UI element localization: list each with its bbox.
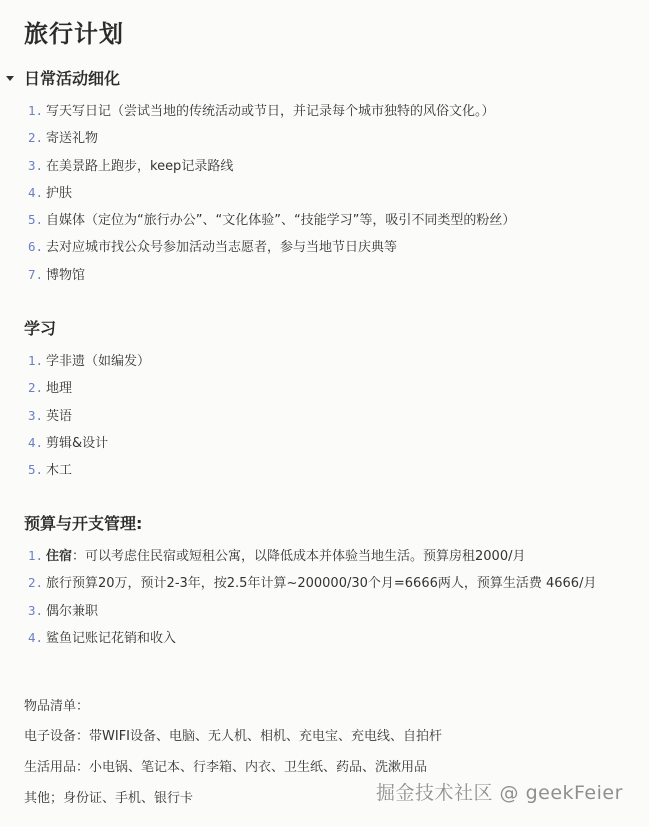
list-item: 4.鲨鱼记账记花销和收入 xyxy=(28,624,596,651)
document-page: 旅行计划 日常活动细化 1.写天写日记（尝试当地的传统活动或节日，并记录每个城市… xyxy=(0,0,649,827)
section-heading-budget: 预算与开支管理: xyxy=(24,511,142,534)
list-item: 5.自媒体（定位为“旅行办公”、“文化体验”、“技能学习”等，吸引不同类型的粉丝… xyxy=(28,206,515,233)
list-item: 2.地理 xyxy=(28,374,150,401)
page-title: 旅行计划 xyxy=(24,14,124,49)
packing-list-label: 物品清单： xyxy=(24,695,89,714)
budget-list: 1.住宿：可以考虑住民宿或短租公寓，以降低成本并体验当地生活。预算房租2000/… xyxy=(28,542,596,651)
list-item: 7.博物馆 xyxy=(28,261,515,288)
list-item: 3.英语 xyxy=(28,402,150,429)
daily-activities-list: 1.写天写日记（尝试当地的传统活动或节日，并记录每个城市独特的风俗文化。） 2.… xyxy=(28,97,515,288)
list-item: 2.旅行预算20万，预计2-3年，按2.5年计算~200000/30个月=666… xyxy=(28,569,596,596)
list-item: 3.偶尔兼职 xyxy=(28,597,596,624)
list-item: 2.寄送礼物 xyxy=(28,124,515,151)
list-item: 1.住宿：可以考虑住民宿或短租公寓，以降低成本并体验当地生活。预算房租2000/… xyxy=(28,542,596,569)
packing-daily-goods: 生活用品：小电锅、笔记本、行李箱、内衣、卫生纸、药品、洗漱用品 xyxy=(24,756,427,775)
packing-others: 其他；身份证、手机、银行卡 xyxy=(24,787,193,806)
list-item: 4.剪辑&设计 xyxy=(28,429,150,456)
list-item: 1.学非遗（如编发） xyxy=(28,347,150,374)
section-heading-daily: 日常活动细化 xyxy=(24,66,120,89)
list-item: 5.木工 xyxy=(28,456,150,483)
watermark: 掘金技术社区 @ geekFeier xyxy=(376,778,623,805)
list-item: 3.在美景路上跑步，keep记录路线 xyxy=(28,152,515,179)
section-heading-study: 学习 xyxy=(24,316,56,339)
list-item: 4.护肤 xyxy=(28,179,515,206)
packing-electronics: 电子设备：带WIFI设备、电脑、无人机、相机、充电宝、充电线、自拍杆 xyxy=(24,725,442,744)
study-list: 1.学非遗（如编发） 2.地理 3.英语 4.剪辑&设计 5.木工 xyxy=(28,347,150,483)
list-item: 6.去对应城市找公众号参加活动当志愿者，参与当地节日庆典等 xyxy=(28,233,515,260)
list-item: 1.写天写日记（尝试当地的传统活动或节日，并记录每个城市独特的风俗文化。） xyxy=(28,97,515,124)
collapse-triangle-icon[interactable] xyxy=(6,76,14,81)
